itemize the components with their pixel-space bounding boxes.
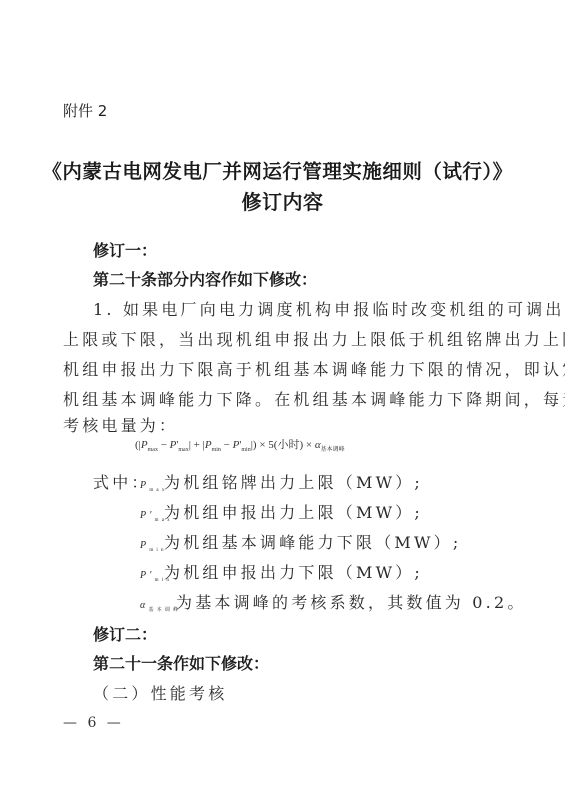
paragraph-line: 考核电量为：	[63, 413, 178, 436]
revision-2-item: （二）性能考核	[93, 681, 227, 704]
paragraph-line: 1. 如果电厂向电力调度机构申报临时改变机组的可调出力	[93, 297, 565, 320]
symbol-p-prime-max: P'max	[140, 510, 164, 523]
page-number: — 6 —	[63, 715, 124, 731]
symbol-alpha: α基本调峰	[140, 600, 176, 613]
symbol-pmax: Pmax	[140, 480, 164, 493]
revision-2-heading: 修订二：	[93, 622, 157, 645]
definition-row: α基本调峰为基本调峰的考核系数，其数值为 0.2。	[140, 590, 527, 613]
assessment-formula: (|Pmax − P'max| + |Pmin − P'min|) × 5(小时…	[135, 436, 345, 453]
paragraph-line: 机组申报出力下限高于机组基本调峰能力下限的情况，即认定为	[63, 357, 565, 380]
definition-row: Pmax为机组铭牌出力上限（MW）;	[140, 470, 423, 493]
paragraph-line: 上限或下限，当出现机组申报出力上限低于机组铭牌出力上限或	[63, 327, 565, 350]
paragraph-line: 机组基本调峰能力下降。在机组基本调峰能力下降期间，每天的	[63, 387, 565, 410]
symbol-pmin: Pmin	[140, 540, 164, 553]
revision-1-heading: 修订一：	[93, 238, 157, 261]
revision-2-subheading: 第二十一条作如下修改：	[93, 651, 269, 674]
revision-1-subheading: 第二十条部分内容作如下修改：	[93, 267, 317, 290]
definition-row: Pmin为机组基本调峰能力下限（MW）;	[140, 530, 461, 553]
symbol-p-prime-min: P'min	[140, 570, 164, 583]
definition-row: P'min为机组申报出力下限（MW）;	[140, 560, 423, 583]
definition-row: P'max为机组申报出力上限（MW）;	[140, 500, 423, 523]
attachment-label: 附件 2	[63, 100, 107, 121]
document-subtitle: 修订内容	[0, 186, 565, 215]
document-title: 《内蒙古电网发电厂并网运行管理实施细则（试行）》	[0, 156, 560, 184]
